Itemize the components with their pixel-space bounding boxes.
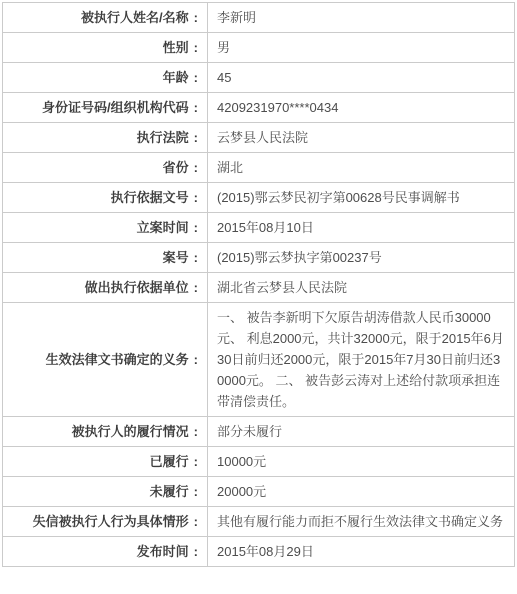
label-colon: : (189, 10, 198, 25)
label-colon: : (189, 484, 198, 499)
field-value: 45 (208, 63, 515, 93)
label-colon: : (189, 190, 198, 205)
field-label-cell: 做出执行依据单位: (3, 273, 208, 303)
field-label-cell: 年龄: (3, 63, 208, 93)
label-colon: : (189, 544, 198, 559)
field-value: 2015年08月29日 (208, 537, 515, 567)
field-label: 已履行 (150, 454, 189, 469)
table-row: 做出执行依据单位: 湖北省云梦县人民法院 (3, 273, 515, 303)
field-label-cell: 发布时间: (3, 537, 208, 567)
field-label-cell: 性别: (3, 33, 208, 63)
table-row: 被执行人的履行情况: 部分未履行 (3, 417, 515, 447)
field-value: 其他有履行能力而拒不履行生效法律文书确定义务 (208, 507, 515, 537)
field-label: 被执行人姓名/名称 (81, 10, 189, 25)
label-colon: : (189, 130, 198, 145)
field-value: 4209231970****0434 (208, 93, 515, 123)
table-row: 失信被执行人行为具体情形: 其他有履行能力而拒不履行生效法律文书确定义务 (3, 507, 515, 537)
table-row: 已履行: 10000元 (3, 447, 515, 477)
field-label-cell: 失信被执行人行为具体情形: (3, 507, 208, 537)
field-label-cell: 生效法律文书确定的义务: (3, 303, 208, 417)
field-value: (2015)鄂云梦民初字第00628号民事调解书 (208, 183, 515, 213)
label-colon: : (189, 454, 198, 469)
field-label: 立案时间 (137, 220, 189, 235)
field-label-cell: 案号: (3, 243, 208, 273)
table-row: 执行依据文号: (2015)鄂云梦民初字第00628号民事调解书 (3, 183, 515, 213)
table-row: 性别: 男 (3, 33, 515, 63)
table-row: 执行法院: 云梦县人民法院 (3, 123, 515, 153)
field-label: 做出执行依据单位 (85, 280, 189, 295)
field-value: 李新明 (208, 3, 515, 33)
label-colon: : (189, 70, 198, 85)
label-colon: : (189, 160, 198, 175)
table-row: 发布时间: 2015年08月29日 (3, 537, 515, 567)
label-colon: : (189, 100, 198, 115)
field-value: 湖北 (208, 153, 515, 183)
field-value: (2015)鄂云梦执字第00237号 (208, 243, 515, 273)
field-label: 执行依据文号 (111, 190, 189, 205)
field-label: 发布时间 (137, 544, 189, 559)
field-label: 年龄 (163, 70, 189, 85)
field-label: 执行法院 (137, 130, 189, 145)
field-label-cell: 未履行: (3, 477, 208, 507)
field-label-cell: 执行依据文号: (3, 183, 208, 213)
field-label-cell: 被执行人姓名/名称: (3, 3, 208, 33)
field-value: 湖北省云梦县人民法院 (208, 273, 515, 303)
field-value: 云梦县人民法院 (208, 123, 515, 153)
table-row: 案号: (2015)鄂云梦执字第00237号 (3, 243, 515, 273)
field-label: 省份 (163, 160, 189, 175)
label-colon: : (189, 352, 198, 367)
field-value: 2015年08月10日 (208, 213, 515, 243)
enforcement-record-table: 被执行人姓名/名称: 李新明 性别: 男 年龄: 45 身份证号码/组织机构代码… (2, 2, 515, 567)
table-row: 身份证号码/组织机构代码: 4209231970****0434 (3, 93, 515, 123)
label-colon: : (189, 250, 198, 265)
table-row: 立案时间: 2015年08月10日 (3, 213, 515, 243)
field-label-cell: 身份证号码/组织机构代码: (3, 93, 208, 123)
field-label: 被执行人的履行情况 (72, 424, 189, 439)
field-value: 20000元 (208, 477, 515, 507)
field-label-cell: 已履行: (3, 447, 208, 477)
label-colon: : (189, 514, 198, 529)
field-value: 部分未履行 (208, 417, 515, 447)
table-body: 被执行人姓名/名称: 李新明 性别: 男 年龄: 45 身份证号码/组织机构代码… (3, 3, 515, 567)
field-label-cell: 被执行人的履行情况: (3, 417, 208, 447)
field-label-cell: 省份: (3, 153, 208, 183)
field-label: 案号 (163, 250, 189, 265)
table-row: 未履行: 20000元 (3, 477, 515, 507)
field-label: 身份证号码/组织机构代码 (42, 100, 189, 115)
label-colon: : (189, 424, 198, 439)
label-colon: : (189, 280, 198, 295)
field-label: 未履行 (150, 484, 189, 499)
table-row: 被执行人姓名/名称: 李新明 (3, 3, 515, 33)
table-row: 省份: 湖北 (3, 153, 515, 183)
field-label: 性别 (163, 40, 189, 55)
table-row: 年龄: 45 (3, 63, 515, 93)
field-value: 男 (208, 33, 515, 63)
field-value: 10000元 (208, 447, 515, 477)
table-row: 生效法律文书确定的义务: 一、 被告李新明下欠原告胡涛借款人民币30000元、 … (3, 303, 515, 417)
label-colon: : (189, 40, 198, 55)
field-label-cell: 立案时间: (3, 213, 208, 243)
field-label: 生效法律文书确定的义务 (46, 352, 189, 367)
field-value: 一、 被告李新明下欠原告胡涛借款人民币30000元、 利息2000元，共计320… (208, 303, 515, 417)
field-label-cell: 执行法院: (3, 123, 208, 153)
field-label: 失信被执行人行为具体情形 (33, 514, 189, 529)
label-colon: : (189, 220, 198, 235)
